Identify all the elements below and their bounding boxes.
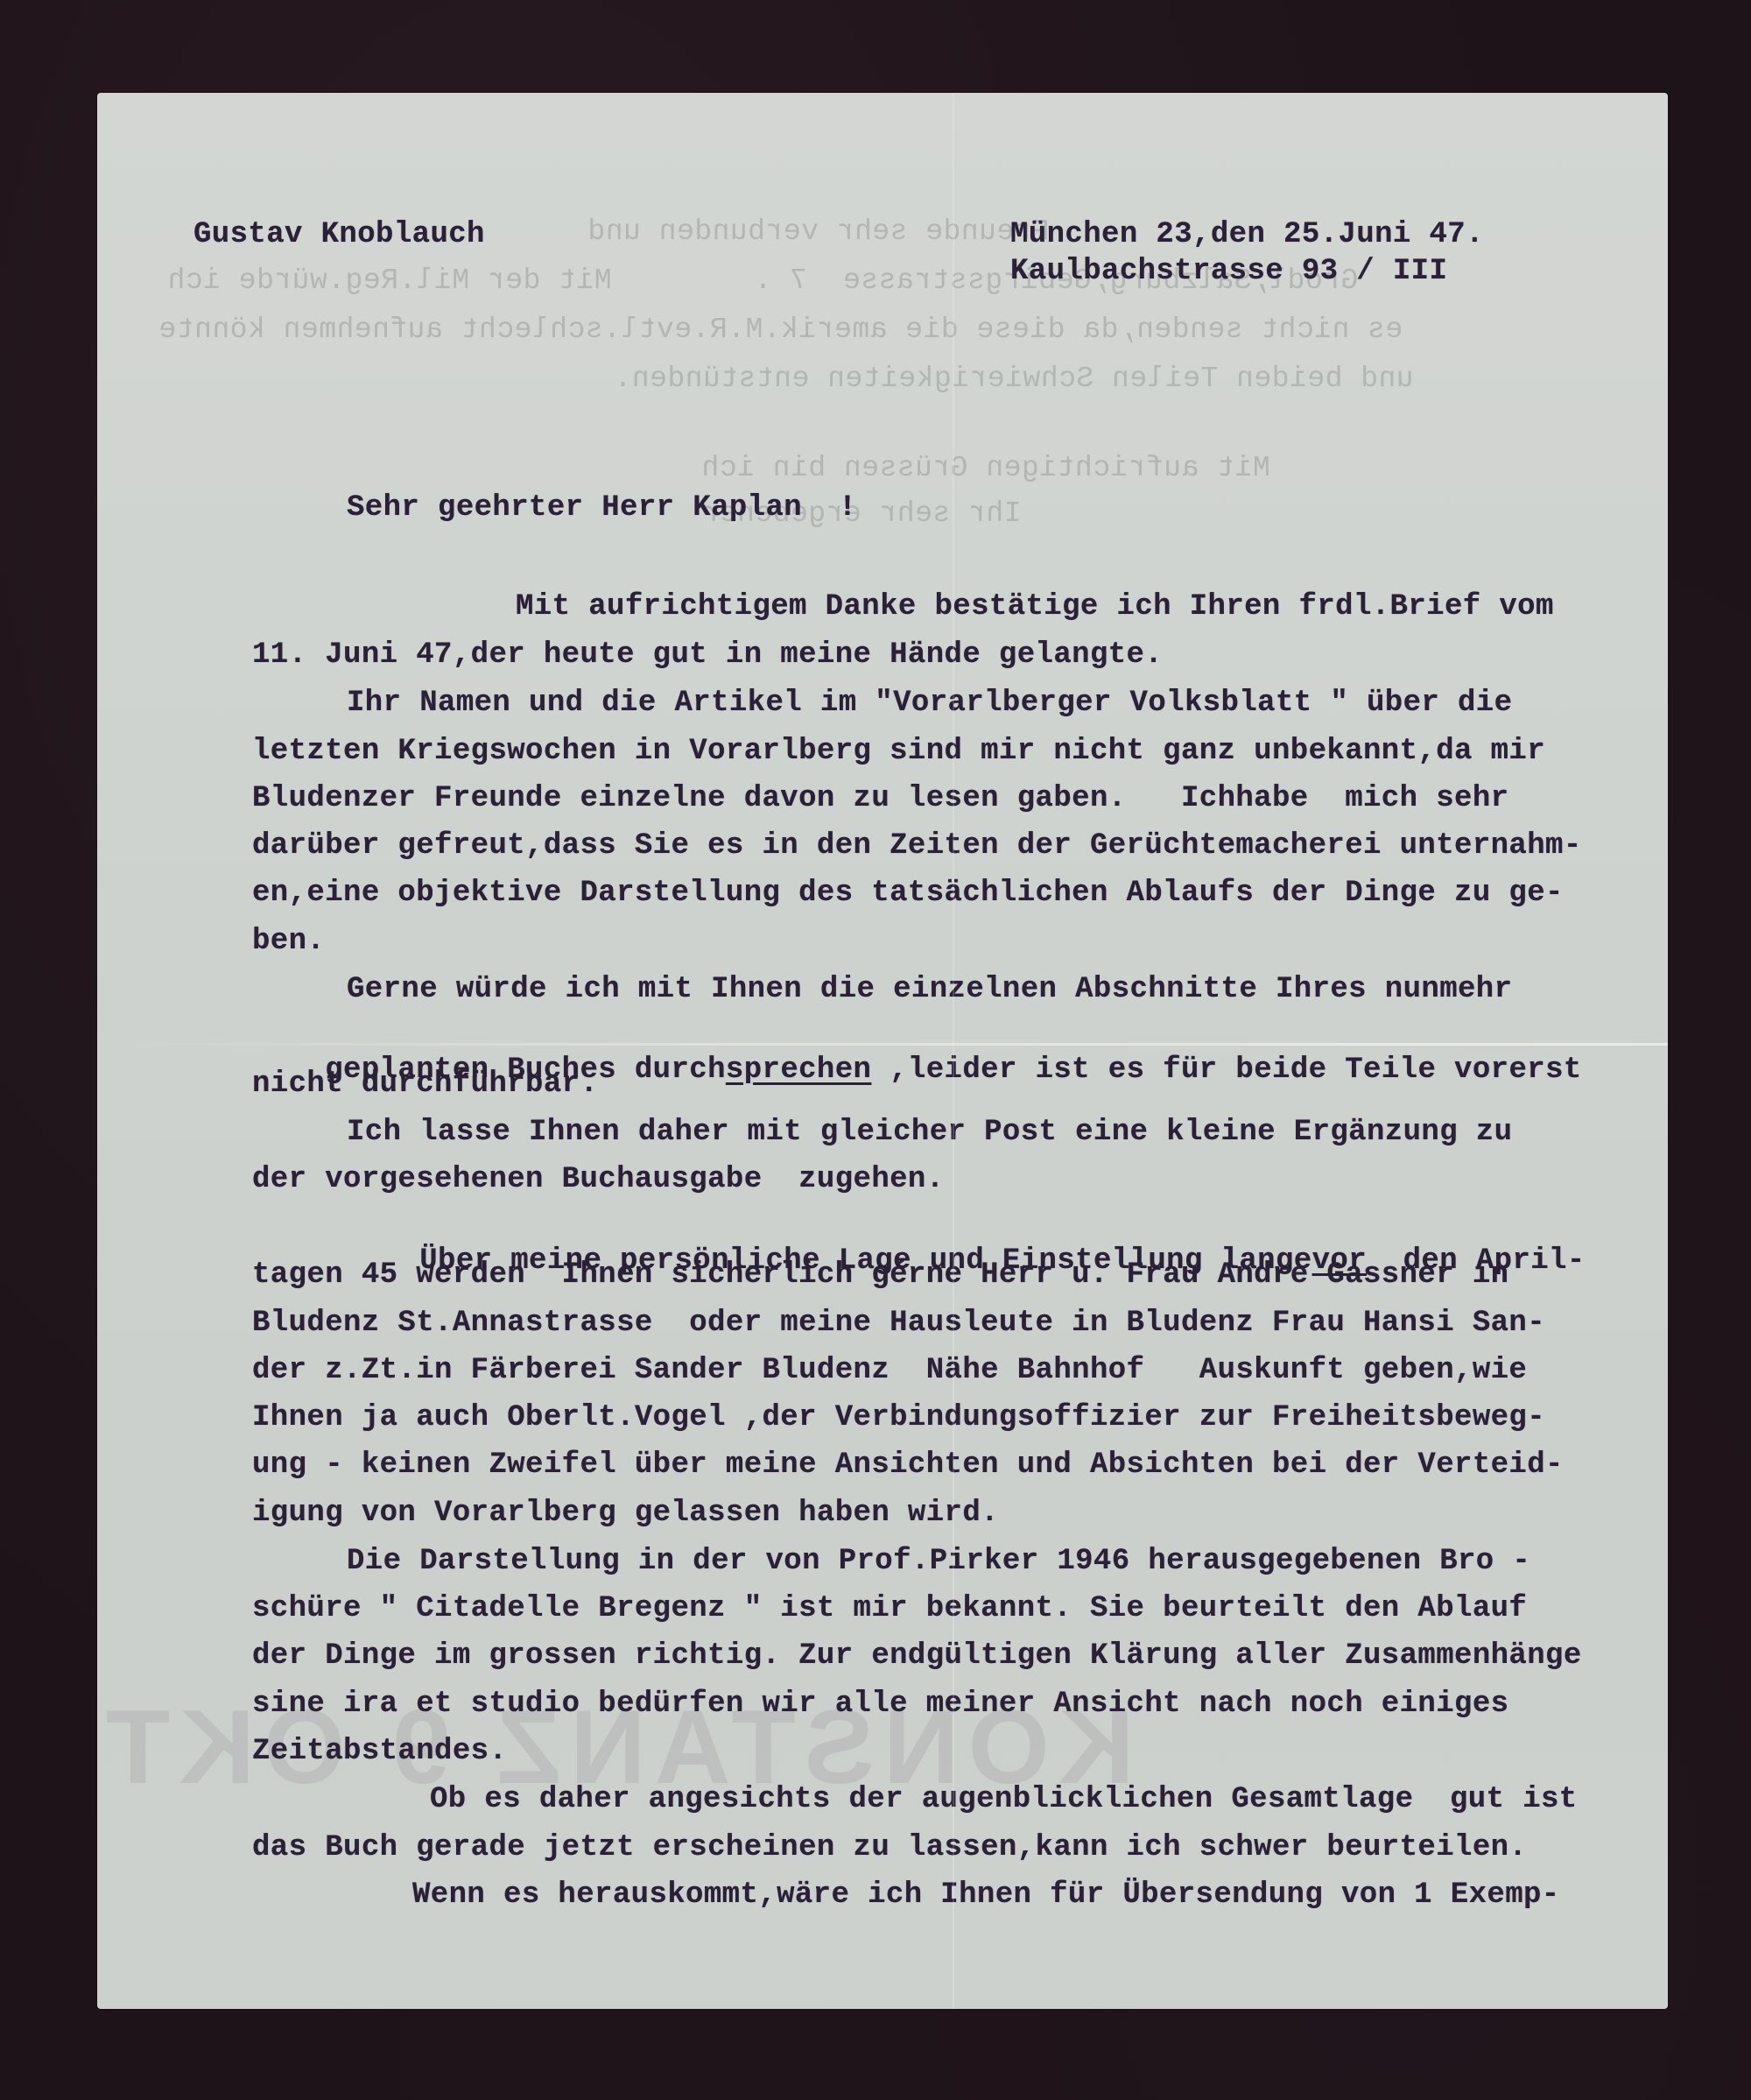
bleed-through-line: Freunde sehr verbunden und [587,215,1050,248]
body-line: der Dinge im grossen richtig. Zur endgül… [252,1639,1582,1673]
body-line: Zeitabstandes. [252,1735,507,1768]
sender-address: Kaulbachstrasse 93 / III [1010,255,1447,288]
body-line: Wenn es herauskommt,wäre ich Ihnen für Ü… [412,1878,1560,1912]
bleed-through-line: und beiden Teilen Schwierigkeiten entstü… [614,363,1414,395]
body-line: ben. [252,925,325,958]
body-line: nicht durchführbar. [252,1068,598,1101]
body-line: Bludenz St.Annastrasse oder meine Hausle… [252,1307,1545,1340]
sender-name: Gustav Knoblauch [193,218,485,251]
body-line: en,eine objektive Darstellung des tatsäc… [252,877,1564,910]
body-line: Bludenzer Freunde einzelne davon zu lese… [252,782,1508,815]
body-line: Ihr Namen und die Artikel im "Vorarlberg… [347,687,1512,720]
bleed-through-line: Mit aufrichtigen Grüssen bin ich [701,452,1270,484]
body-line: schüre " Citadelle Bregenz " ist mir bek… [252,1592,1527,1625]
body-line: Mit aufrichtigem Danke bestätige ich Ihr… [516,590,1554,624]
body-line: Ihnen ja auch Oberlt.Vogel ,der Verbindu… [252,1401,1545,1434]
salutation: Sehr geehrter Herr Kaplan ! [347,491,857,525]
body-line: der z.Zt.in Färberei Sander Bludenz Nähe… [252,1354,1527,1387]
body-line: das Buch gerade jetzt erscheinen zu lass… [252,1831,1527,1864]
body-line: ung - keinen Zweifel über meine Ansichte… [252,1448,1564,1482]
body-line: Ob es daher angesichts der augenblicklic… [430,1783,1578,1816]
body-line: Die Darstellung in der von Prof.Pirker 1… [347,1545,1530,1578]
body-line: 11. Juni 47,der heute gut in meine Hände… [252,638,1163,672]
body-text: ,leider ist es für beide Teile vorerst [871,1054,1581,1087]
body-line: tagen 45 werden Ihnen sicherlich gérne H… [252,1258,1508,1292]
body-line: sine ira et studio bedürfen wir alle mei… [252,1688,1508,1721]
underlined-word: sprechen [726,1054,871,1087]
place-date: München 23,den 25.Juni 47. [1010,218,1484,251]
bleed-through-line: es nicht senden,da diese die amerik.M.R.… [158,314,1403,346]
body-line: darüber gefreut,dass Sie es in den Zeite… [252,829,1582,863]
body-line: igung von Vorarlberg gelassen haben wird… [252,1497,999,1530]
body-line: Gerne würde ich mit Ihnen die einzelnen … [347,973,1512,1006]
body-line: der vorgesehenen Buchausgabe zugehen. [252,1163,945,1196]
body-line: letzten Kriegswochen in Vorarlberg sind … [252,735,1545,768]
letter-page: Freunde sehr verbunden und Grödl,Salzbur… [97,93,1668,2009]
body-line: Ich lasse Ihnen daher mit gleicher Post … [347,1116,1512,1149]
